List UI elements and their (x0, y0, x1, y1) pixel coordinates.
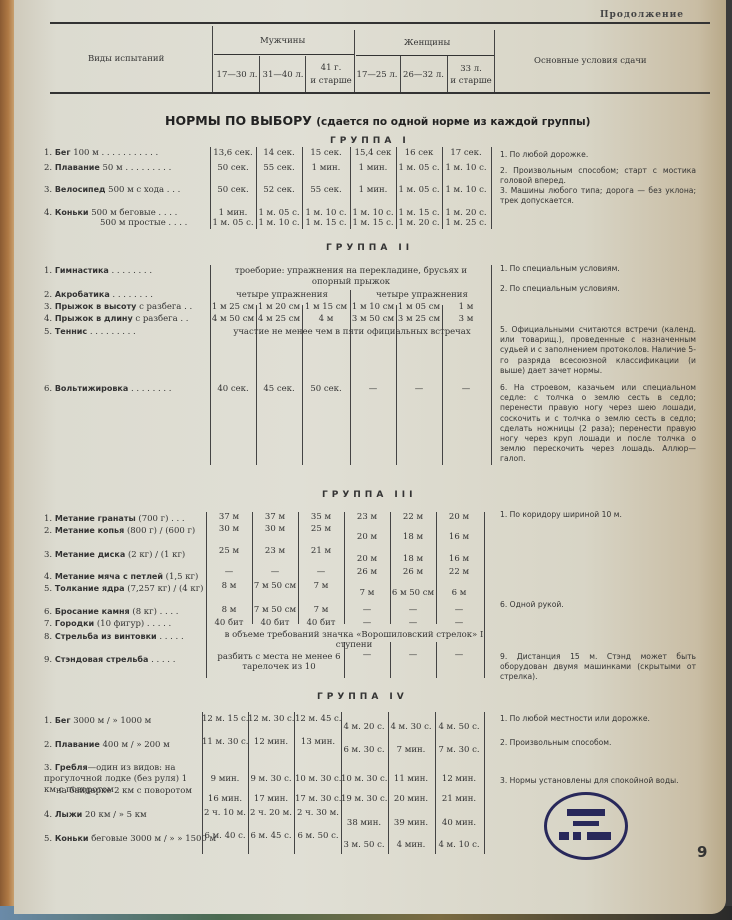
group-4-note-3: 3. Нормы установлены для спокойной воды. (500, 776, 696, 786)
cell: 2 ч. 10 м. (202, 808, 248, 818)
cell: 1 м. 10 с. (303, 208, 349, 218)
age-men-17-30: 17—30 л. (214, 70, 260, 80)
age-men-31-40: 31—40 л. (260, 70, 306, 80)
cell: 4 м 50 см (210, 314, 256, 324)
cell: 1 м. 05 с. (396, 163, 442, 173)
cell: 4 м. 10 с. (436, 840, 482, 850)
cell: — (390, 618, 436, 628)
cell: 1 м 05 см (396, 302, 442, 312)
cell: 17 сек. (443, 148, 489, 158)
row-label: 3. Метание диска (2 кг) / (1 кг) (44, 550, 185, 560)
cell: 8 м (206, 581, 252, 591)
cell: 45 сек. (256, 384, 302, 394)
cell: 11 м. 30 с. (202, 737, 248, 747)
page-number: 9 (697, 843, 707, 861)
group-4-note-2: 2. Произвольным способом. (500, 738, 696, 748)
book-binding-edge (0, 0, 14, 920)
group-4-note-1: 1. По любой местности или дорожке. (500, 714, 696, 724)
cell: 26 м (344, 567, 390, 577)
cell: 18 м (390, 532, 436, 542)
cell: 6 м. 30 с. (341, 745, 387, 755)
age-women-33-older: и старше (448, 76, 494, 86)
cell: 20 м (344, 554, 390, 564)
cell: 22 м (390, 512, 436, 522)
cell: — (344, 605, 390, 615)
divider (356, 55, 494, 56)
cell: 30 м (206, 524, 252, 534)
cell: 1 м. 05 с. (210, 218, 256, 228)
cell: 1 м. 05 с. (396, 185, 442, 195)
cell: 55 сек. (303, 185, 349, 195)
divider (484, 512, 485, 678)
cell: 40 бит (206, 618, 252, 628)
group-2-note-1: 1. По специальным условиям. (500, 264, 696, 274)
cell: 55 сек. (256, 163, 302, 173)
group-2-note-5: 5. Официальными считаются встречи (кален… (500, 325, 696, 376)
cell: 50 сек. (210, 163, 256, 173)
header-top-rule (50, 22, 710, 24)
group-1-heading: ГРУППА I (330, 136, 410, 146)
age-men-41: 41 г. (308, 63, 354, 73)
cell: 7 м. 30 с. (436, 745, 482, 755)
row-label: 5. Толкание ядра (7,257 кг) / (4 кг) (44, 584, 203, 594)
cell: 40 сек. (210, 384, 256, 394)
cell: 1 м. 10 с. (443, 163, 489, 173)
cell: 20 м (436, 512, 482, 522)
cell: — (396, 384, 442, 394)
cell: — (344, 650, 390, 660)
row-label: 3. Велосипед 500 м с хода . . . (44, 185, 180, 195)
cell: 25 м (206, 546, 252, 556)
divider (494, 30, 495, 92)
cell: 16 м (436, 554, 482, 564)
cell: 3 м (443, 314, 489, 324)
cell: 4 м 25 см (256, 314, 302, 324)
cell: 1 м. 15 с. (350, 218, 396, 228)
group-2-row-5: 5. Теннис . . . . . . . . . (44, 327, 136, 337)
cell: 13,6 сек. (210, 148, 256, 158)
section-title-sub: (сдается по одной норме из каждой группы… (316, 116, 590, 128)
cell: 1 мин. (350, 163, 396, 173)
cell: — (252, 567, 298, 577)
cell: — (206, 567, 252, 577)
column-header-men: Мужчины (260, 36, 305, 46)
cell: — (390, 650, 436, 660)
group-3-note-1: 1. По коридору шириной 10 м. (500, 510, 696, 520)
cell: 7 м (298, 581, 344, 591)
cell: 22 м (436, 567, 482, 577)
divider (484, 712, 485, 854)
column-header-conditions: Основные условия сдачи (534, 56, 647, 66)
group-2-row-2: 2. Акробатика . . . . . . . . (44, 290, 153, 300)
cell: 1 м. 25 с. (443, 218, 489, 228)
row-label: 2. Плавание 50 м . . . . . . . . . (44, 163, 171, 173)
age-women-17-25: 17—25 л. (354, 70, 400, 80)
row-label: 7. Городки (10 фигур) . . . . . (44, 619, 171, 629)
cell: 40 бит (298, 618, 344, 628)
group-3-row-8-span: в объеме требований значка «Ворошиловски… (219, 630, 489, 650)
cell: 23 м (344, 512, 390, 522)
cell: 50 сек. (303, 384, 349, 394)
section-title-main: НОРМЫ ПО ВЫБОРУ (165, 113, 312, 128)
cell: 8 м (206, 605, 252, 615)
cell: 9 м. 30 с. (248, 774, 294, 784)
cell: 40 бит (252, 618, 298, 628)
cell: 25 м (298, 524, 344, 534)
cell: 19 м. 30 с. (341, 794, 387, 804)
cell: 1 м. 15 с. (303, 218, 349, 228)
row-label: 1. Бег 3000 м / » 1000 м (44, 716, 151, 726)
row-label: 4. Прыжок в длину с разбега . . (44, 314, 188, 324)
age-women-26-32: 26—32 л. (400, 70, 447, 80)
cell: 17 мин. (248, 794, 294, 804)
row-label: 4. Метание мяча с петлей (1,5 кг) (44, 572, 198, 582)
header-bottom-rule (50, 92, 710, 94)
cell: — (443, 384, 489, 394)
cell: 6 м. 50 с. (295, 831, 341, 841)
group-2-row-1: 1. Гимнастика . . . . . . . . (44, 266, 152, 276)
cell: 12 м. 45 с. (295, 714, 341, 724)
cell: 6 м. 40 с. (202, 831, 248, 841)
cell: — (350, 384, 396, 394)
column-header-women: Женщины (404, 38, 450, 48)
group-2-row-5-span: участие не менее чем в пяти официальных … (214, 327, 490, 337)
cell: 3 м 50 см (350, 314, 396, 324)
cell: 15,4 сек (350, 148, 396, 158)
cell: 6 м (436, 588, 482, 598)
row-label: 500 м простые . . . . (100, 218, 187, 228)
cell: 1 м. 20 с. (396, 218, 442, 228)
cell: 30 м (252, 524, 298, 534)
cell: 16 мин. (202, 794, 248, 804)
group-2-heading: ГРУППА II (326, 243, 413, 253)
group-3-row-9: 9. Стэндовая стрельба . . . . . (44, 655, 175, 665)
cell: 1 м 10 см (350, 302, 396, 312)
cell: 1 мин. (350, 185, 396, 195)
cell: 18 м (390, 554, 436, 564)
divider (206, 512, 207, 678)
section-title: НОРМЫ ПО ВЫБОРУ (сдается по одной норме … (165, 113, 590, 128)
cell: 12 м. 15 с. (202, 714, 248, 724)
group-2-row-1-span: троеборие: упражнения на перекладине, бр… (226, 266, 476, 288)
cell: — (390, 605, 436, 615)
group-2-row-2-women: четыре упражнения (352, 290, 492, 300)
cell: 12 мин. (436, 774, 482, 784)
group-4-heading: ГРУППА IV (317, 692, 408, 702)
group-3-note-6: 6. Одной рукой. (500, 600, 696, 610)
cell: 7 м 50 см (252, 605, 298, 615)
cell: 12 мин. (248, 737, 294, 747)
cell: — (298, 567, 344, 577)
cell: 1 м. 10 с. (443, 185, 489, 195)
cell: 1 м. 10 с. (350, 208, 396, 218)
cell: 10 м. 30 с. (341, 774, 387, 784)
cell: 7 мин. (388, 745, 434, 755)
group-3-row-9-span: разбить с места не менее 6 тарелочек из … (214, 652, 344, 672)
cell: 52 сек. (256, 185, 302, 195)
cell: 37 м (206, 512, 252, 522)
cell: 4 м. 20 с. (341, 722, 387, 732)
row-label: 3. Прыжок в высоту с разбега . . (44, 302, 192, 312)
cell: 7 м (344, 588, 390, 598)
cell: — (344, 618, 390, 628)
cell: 21 м (298, 546, 344, 556)
cell: 1 м. 15 с. (396, 208, 442, 218)
cell: 10 м. 30 с. (295, 774, 341, 784)
cell: 4 м (303, 314, 349, 324)
cell: — (436, 618, 482, 628)
cell: 6 м. 45 с. (248, 831, 294, 841)
cell: 20 м (344, 532, 390, 542)
document-page: Продолжение Виды испытаний Мужчины Женщи… (14, 0, 726, 914)
cell: 4 м. 50 с. (436, 722, 482, 732)
cell: 1 м. 10 с. (256, 218, 302, 228)
row-label: 6. Вольтижировка . . . . . . . . (44, 384, 172, 394)
ink-stamp-icon (544, 792, 628, 860)
cell: 4 м. 30 с. (388, 722, 434, 732)
cell: 1 м. 05 с. (256, 208, 302, 218)
row-label: 6. Бросание камня (8 кг) . . . . (44, 607, 179, 617)
cell: 11 мин. (388, 774, 434, 784)
cell: 1 м 15 см (303, 302, 349, 312)
row-label: 1. Бег 100 м . . . . . . . . . . . (44, 148, 158, 158)
cell: 7 м (298, 605, 344, 615)
cell: 16 м (436, 532, 482, 542)
group-3-heading: ГРУППА III (322, 490, 416, 500)
divider (214, 54, 354, 55)
cell: 17 м. 30 с. (295, 794, 341, 804)
cell: 1 мин. (210, 208, 256, 218)
cell: 14 сек. (256, 148, 302, 158)
divider (491, 147, 492, 229)
row-label: 4. Коньки 500 м беговые . . . . (44, 208, 177, 218)
cell: 4 мин. (388, 840, 434, 850)
cell: 35 м (298, 512, 344, 522)
continuation-label: Продолжение (600, 10, 684, 20)
cell: 1 м. 20 с. (443, 208, 489, 218)
divider (212, 26, 213, 92)
cell: 6 м 50 см (390, 588, 436, 598)
group-3-row-8: 8. Стрельба из винтовки . . . . . (44, 632, 184, 642)
group-2-note-6: 6. На строевом, казачьем или специальном… (500, 383, 696, 465)
cell: 2 ч. 30 м. (295, 808, 341, 818)
cell: 2 ч. 20 м. (248, 808, 294, 818)
group-1-note-1: 1. По любой дорожке. (500, 150, 696, 160)
row-label: 5. Коньки беговые 3000 м / » » 1500 м (44, 834, 216, 844)
divider (354, 30, 355, 92)
cell: 21 мин. (436, 794, 482, 804)
cell: 13 мин. (295, 737, 341, 747)
cell: 1 м (443, 302, 489, 312)
row-label: 2. Метание копья (800 г) / (600 г) (44, 526, 195, 536)
cell: 1 м 20 см (256, 302, 302, 312)
cell: 50 сек. (210, 185, 256, 195)
row-label: 4. Лыжи 20 км / » 5 км (44, 810, 147, 820)
cell: 20 мин. (388, 794, 434, 804)
cell: 15 сек. (303, 148, 349, 158)
age-women-33: 33 л. (448, 64, 494, 74)
cell: — (436, 605, 482, 615)
group-1-note-3: 3. Машины любого типа; дорога — без укло… (500, 186, 696, 206)
row-label: на байдарке 2 км с поворотом (56, 786, 196, 796)
group-1-note-2: 2. Произвольным способом; старт с мостик… (500, 166, 696, 186)
cell: 37 м (252, 512, 298, 522)
cell: 7 м 50 см (252, 581, 298, 591)
cell: — (436, 650, 482, 660)
row-label: 1. Метание гранаты (700 г) . . . (44, 514, 185, 524)
cell: 3 м 25 см (396, 314, 442, 324)
cell: 16 сек (396, 148, 442, 158)
cell: 40 мин. (436, 818, 482, 828)
cell: 9 мин. (202, 774, 248, 784)
group-3-note-9: 9. Дистанция 15 м. Стэнд может быть обор… (500, 652, 696, 683)
age-men-41-older: и старше (308, 76, 354, 86)
cell: 38 мин. (341, 818, 387, 828)
cell: 23 м (252, 546, 298, 556)
cell: 1 м 25 см (210, 302, 256, 312)
cell: 12 м. 30 с. (248, 714, 294, 724)
column-header-tests: Виды испытаний (88, 54, 164, 64)
group-2-note-2: 2. По специальным условиям. (500, 284, 696, 294)
cell: 1 мин. (303, 163, 349, 173)
divider (447, 56, 448, 92)
cell: 26 м (390, 567, 436, 577)
cell: 39 мин. (388, 818, 434, 828)
divider (210, 265, 211, 465)
cell: 3 м. 50 с. (341, 840, 387, 850)
row-label: 2. Плавание 400 м / » 200 м (44, 740, 170, 750)
group-2-row-2-men: четыре упражнения (214, 290, 350, 300)
